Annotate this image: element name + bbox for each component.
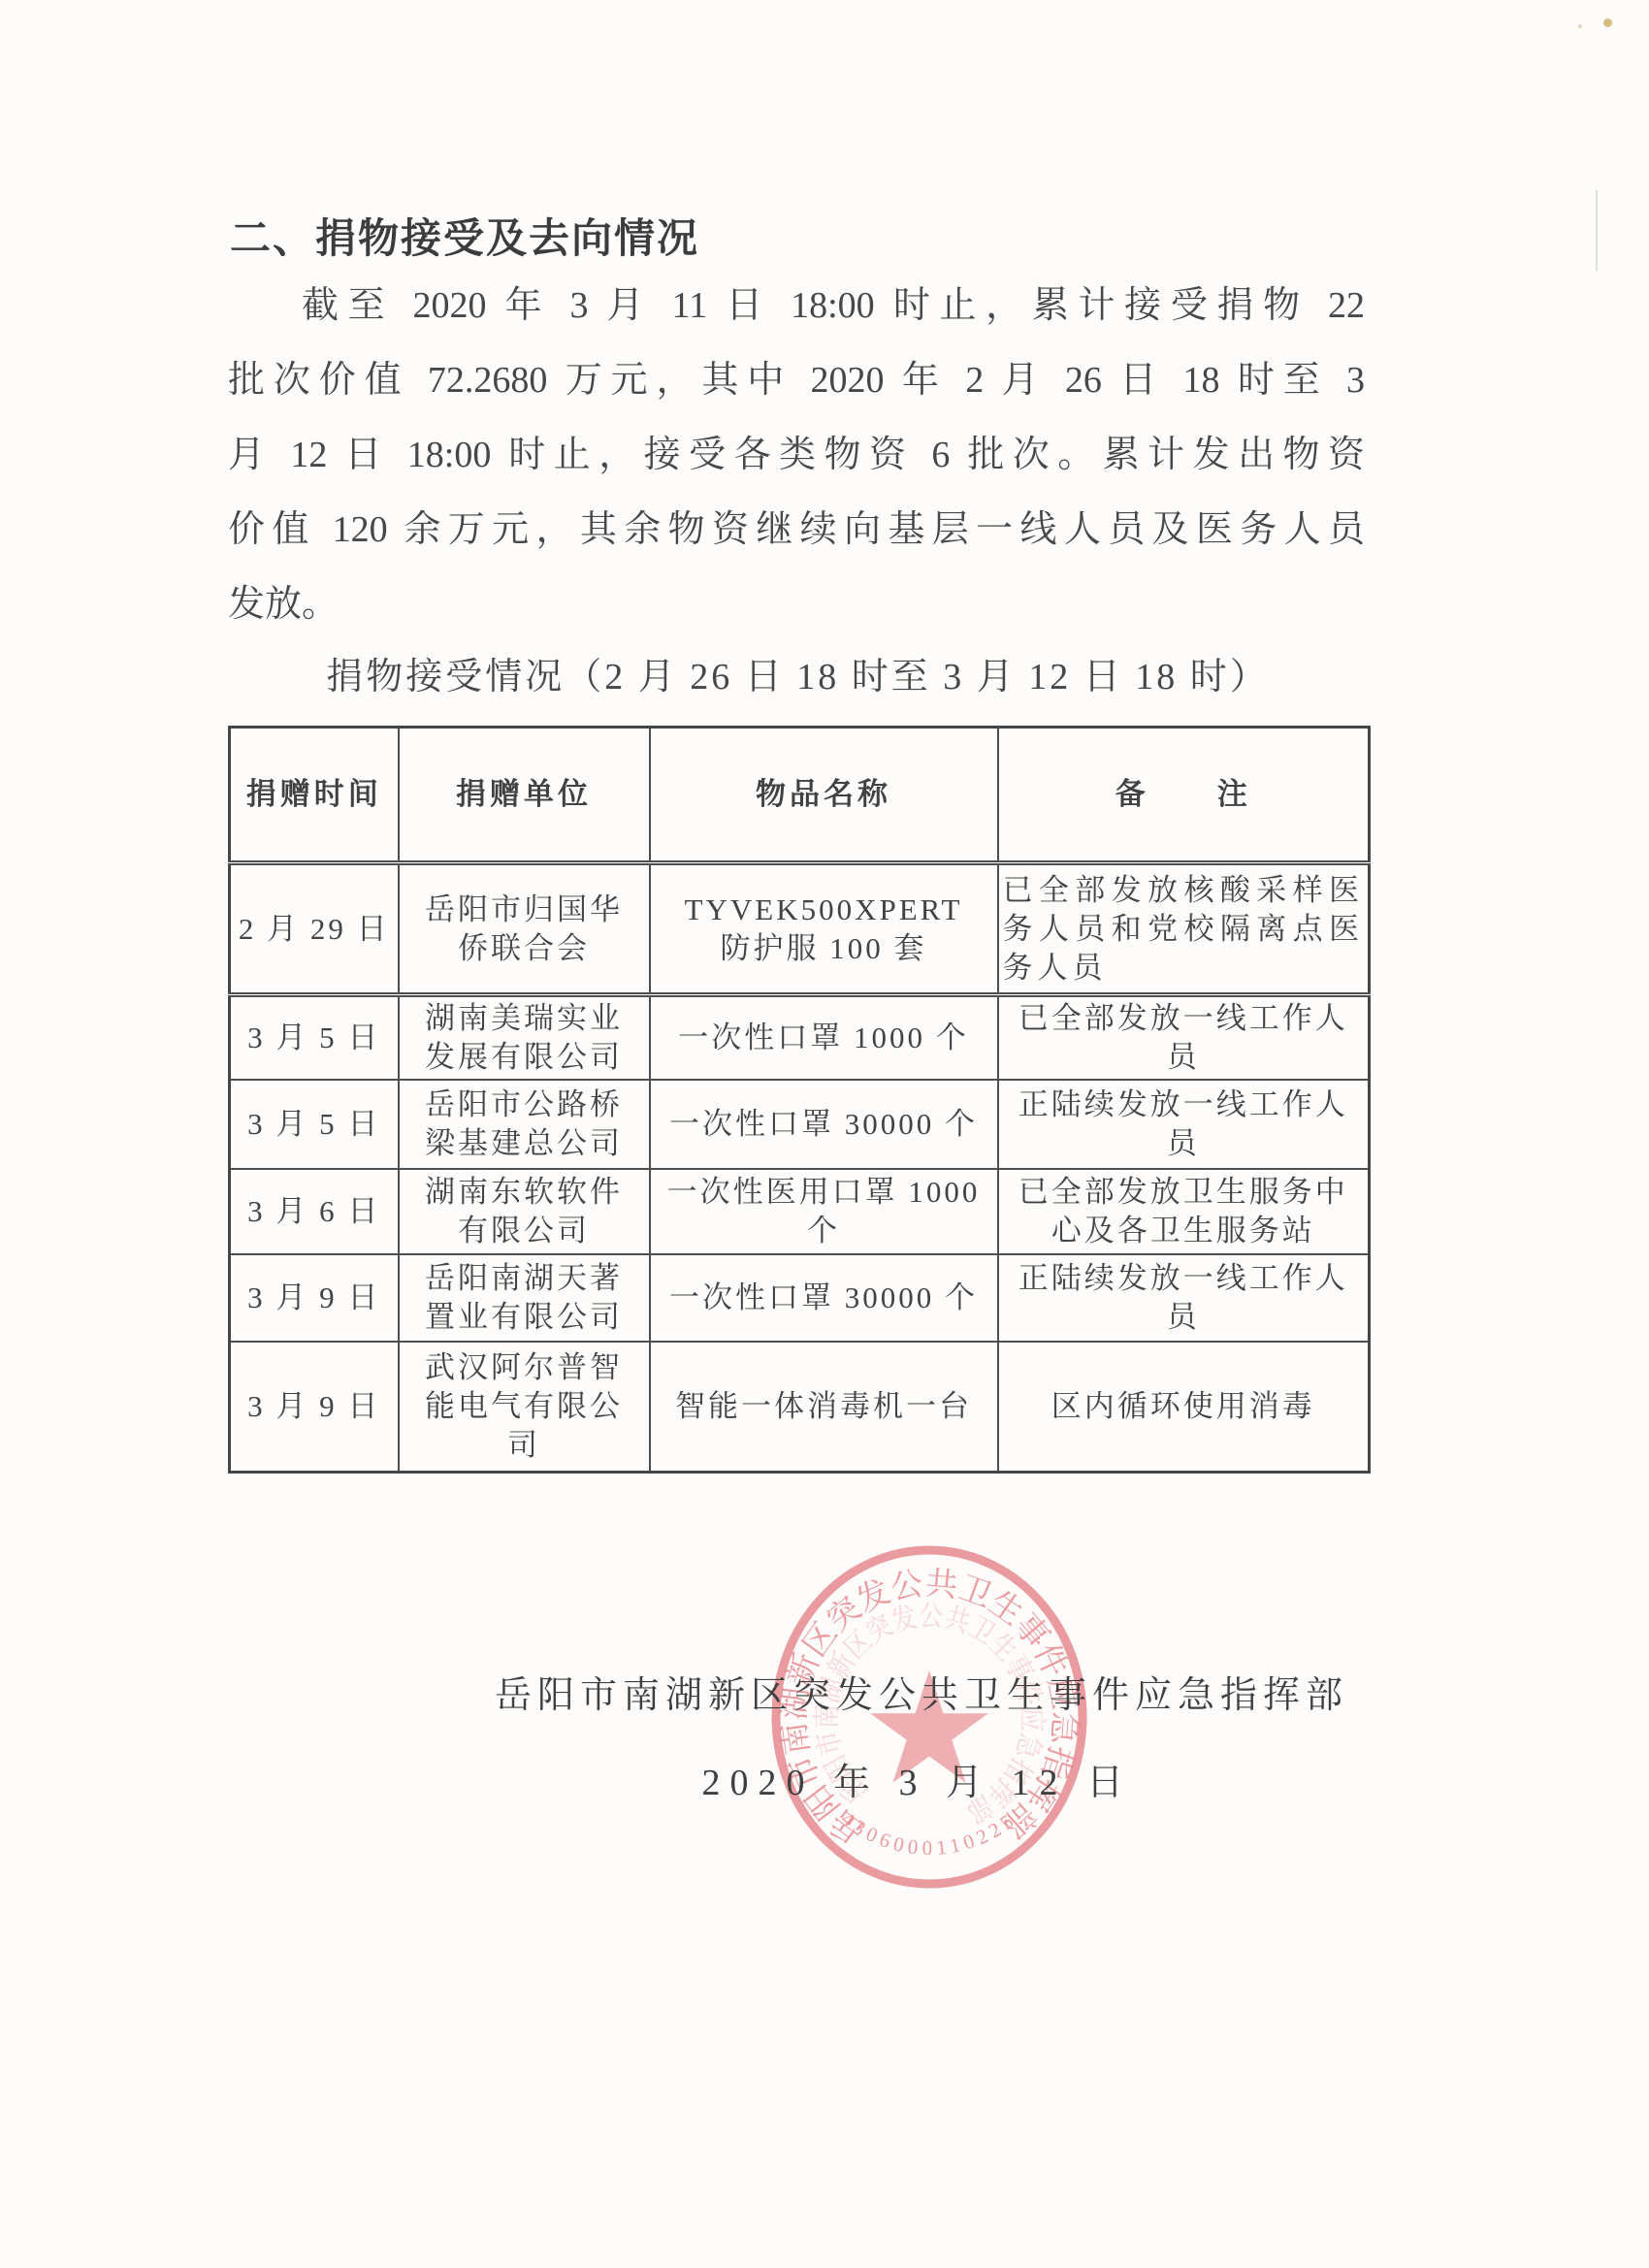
scan-speck (1578, 24, 1582, 28)
table-caption: 捐物接受情况（2 月 26 日 18 时至 3 月 12 日 18 时） (228, 640, 1368, 715)
cell-remarks: 已全部发放一线工作人 员 (998, 995, 1370, 1080)
cell-item-name: 一次性口罩 1000 个 (650, 995, 998, 1080)
cell-remarks: 已全部发放卫生服务中 心及各卫生服务站 (998, 1169, 1370, 1254)
cell-donation-time: 3 月 5 日 (230, 1080, 399, 1169)
paragraph-line: 截至 2020 年 3 月 11 日 18:00 时止，累计接受捐物 22 (228, 269, 1365, 343)
cell-item-name: TYVEK500XPERT 防护服 100 套 (650, 863, 998, 995)
cell-donor: 武汉阿尔普智 能电气有限公 司 (399, 1342, 650, 1473)
cell-donation-time: 3 月 9 日 (230, 1342, 399, 1473)
cell-item-name: 智能一体消毒机一台 (650, 1342, 998, 1473)
scan-edge-line (1596, 190, 1598, 271)
official-red-seal: 岳阳市南湖新区突发公共卫生事件应急指挥部 岳阳市南湖新区突发公共卫生事件应急指挥… (766, 1542, 1094, 1894)
table-row: 3 月 9 日 武汉阿尔普智 能电气有限公 司 智能一体消毒机一台 区内循环使用… (230, 1342, 1370, 1473)
cell-donor: 岳阳市归国华 侨联合会 (399, 863, 650, 995)
donation-table: 捐赠时间 捐赠单位 物品名称 备 注 2 月 29 日 岳阳市归国华 侨联合会 … (228, 726, 1371, 1474)
cell-donor: 湖南美瑞实业 发展有限公司 (399, 995, 650, 1080)
table-row: 2 月 29 日 岳阳市归国华 侨联合会 TYVEK500XPERT 防护服 1… (230, 863, 1370, 995)
table-row: 3 月 6 日 湖南东软软件 有限公司 一次性医用口罩 1000 个 已全部发放… (230, 1169, 1370, 1254)
cell-item-name: 一次性口罩 30000 个 (650, 1080, 998, 1169)
cell-donation-time: 3 月 9 日 (230, 1254, 399, 1342)
paragraph-line: 月 12 日 18:00 时止，接受各类物资 6 批次。累计发出物资 (228, 418, 1365, 493)
cell-remarks: 正陆续发放一线工作人 员 (998, 1254, 1370, 1342)
cell-donation-time: 2 月 29 日 (230, 863, 399, 995)
cell-donor: 岳阳南湖天著 置业有限公司 (399, 1254, 650, 1342)
header-item-name: 物品名称 (650, 728, 998, 863)
cell-item-name: 一次性口罩 30000 个 (650, 1254, 998, 1342)
cell-item-name: 一次性医用口罩 1000 个 (650, 1169, 998, 1254)
table-row: 3 月 9 日 岳阳南湖天著 置业有限公司 一次性口罩 30000 个 正陆续发… (230, 1254, 1370, 1342)
cell-donor: 岳阳市公路桥 梁基建总公司 (399, 1080, 650, 1169)
table-row: 3 月 5 日 湖南美瑞实业 发展有限公司 一次性口罩 1000 个 已全部发放… (230, 995, 1370, 1080)
cell-donor: 湖南东软软件 有限公司 (399, 1169, 650, 1254)
cell-remarks: 区内循环使用消毒 (998, 1342, 1370, 1473)
table-row: 3 月 5 日 岳阳市公路桥 梁基建总公司 一次性口罩 30000 个 正陆续发… (230, 1080, 1370, 1169)
paragraph-line: 批次价值 72.2680 万元，其中 2020 年 2 月 26 日 18 时至… (228, 343, 1365, 418)
section-heading: 二、捐物接受及去向情况 (230, 207, 699, 265)
document-date: 2020 年 3 月 12 日 (701, 1752, 1133, 1805)
cell-remarks: 正陆续发放一线工作人 员 (998, 1080, 1370, 1169)
header-remarks: 备 注 (998, 728, 1370, 863)
body-paragraph: 截至 2020 年 3 月 11 日 18:00 时止，累计接受捐物 22 批次… (228, 269, 1365, 642)
header-donation-time: 捐赠时间 (230, 728, 399, 863)
paragraph-line: 价值 120 余万元，其余物资继续向基层一线人员及医务人员 (228, 493, 1365, 567)
paragraph-line: 发放。 (228, 567, 1365, 642)
issuing-authority-signature: 岳阳市南湖新区突发公共卫生事件应急指挥部 (495, 1665, 1348, 1718)
cell-donation-time: 3 月 6 日 (230, 1169, 399, 1254)
cell-donation-time: 3 月 5 日 (230, 995, 399, 1080)
header-donor: 捐赠单位 (399, 728, 650, 863)
cell-remarks: 已全部发放核酸采样医务人员和党校隔离点医务人员 (998, 863, 1370, 995)
table-header-row: 捐赠时间 捐赠单位 物品名称 备 注 (230, 728, 1370, 863)
scanned-document-page: { "heading": "二、捐物接受及去向情况", "paragraph":… (0, 0, 1649, 2268)
scan-speck (1603, 18, 1612, 27)
